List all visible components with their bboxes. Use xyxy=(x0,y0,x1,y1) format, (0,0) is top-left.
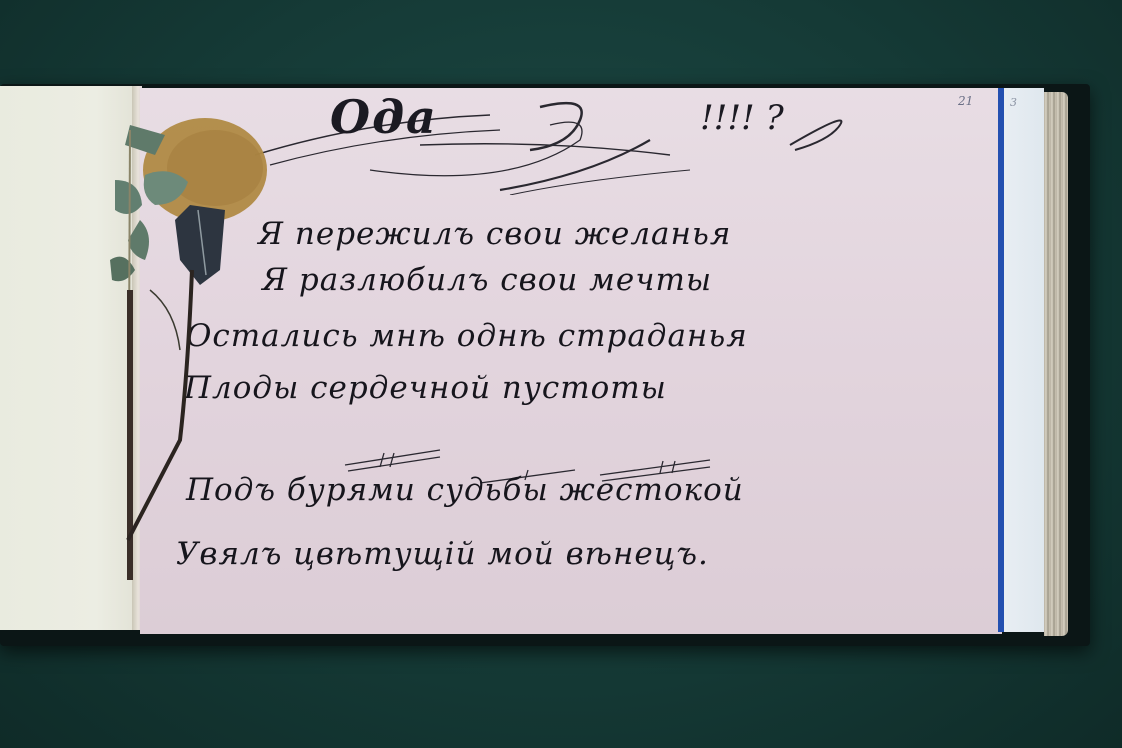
next-page-edge xyxy=(1004,88,1044,632)
pressed-rose xyxy=(100,110,280,590)
poem-title-exclamations: !!!! ? xyxy=(700,98,784,138)
next-page-number: 3 xyxy=(1010,96,1017,109)
poem-line-2: Я разлюбилъ свои мечты xyxy=(262,262,712,298)
poem-title: Ода xyxy=(330,90,438,144)
page-number: 21 xyxy=(958,94,973,108)
poem-line-1: Я пережилъ свои желанья xyxy=(258,216,731,252)
page-stack xyxy=(1044,92,1068,636)
